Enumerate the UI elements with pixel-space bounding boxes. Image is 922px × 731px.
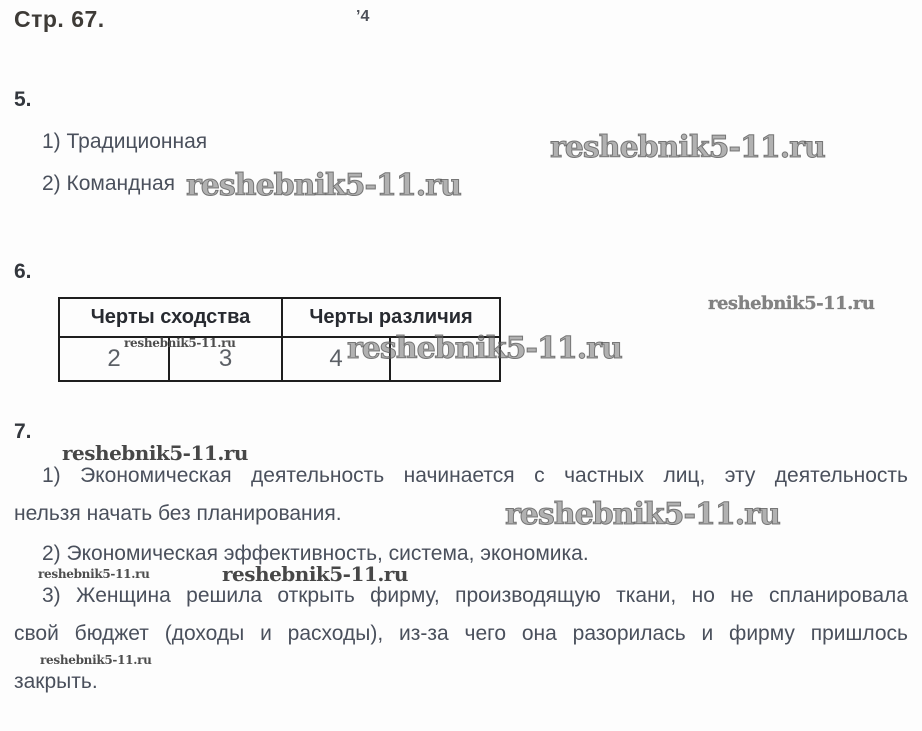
- table-cell: 3: [169, 337, 282, 381]
- answer-7-1-line-1: 1) Экономическая деятельность начинается…: [42, 462, 908, 489]
- table-header-difference: Черты различия: [282, 298, 500, 337]
- answer-5-item-2: 2) Командная: [42, 170, 175, 197]
- faint-scan-mark: ʼ4: [356, 8, 369, 26]
- table-cell: [390, 337, 500, 381]
- answer-5-item-1: 1) Традиционная: [42, 128, 207, 155]
- watermark-stamp: reshebnik5-11.ru: [505, 497, 780, 532]
- section-5-number: 5.: [14, 88, 32, 112]
- section-7-number: 7.: [14, 420, 32, 444]
- section-6-number: 6.: [14, 260, 32, 284]
- answer-7-3-line-2: свой бюджет (доходы и расходы), из-за че…: [14, 620, 908, 647]
- answer-7-3-line-1: 3) Женщина решила открыть фирму, произво…: [42, 582, 908, 609]
- answers-table: Черты сходства Черты различия 2 3 4: [58, 297, 501, 382]
- answer-7-2: 2) Экономическая эффективность, система,…: [42, 540, 589, 567]
- answer-7-1-line-2: нельзя начать без планирования.: [14, 500, 342, 527]
- table-header-similarity: Черты сходства: [59, 298, 282, 337]
- watermark-stamp: reshebnik5-11.ru: [550, 130, 825, 165]
- watermark-stamp: reshebnik5-11.ru: [708, 293, 874, 314]
- watermark-stamp: reshebnik5-11.ru: [40, 653, 152, 667]
- page-title: Стр. 67.: [14, 6, 105, 33]
- table-cell: 2: [59, 337, 169, 381]
- watermark-stamp: reshebnik5-11.ru: [38, 567, 150, 581]
- workbook-page: Стр. 67. ʼ4 5. 1) Традиционная 2) Команд…: [0, 0, 922, 731]
- table-cell: 4: [282, 337, 390, 381]
- answer-7-3-line-3: закрыть.: [14, 668, 98, 695]
- watermark-stamp: reshebnik5-11.ru: [186, 168, 461, 203]
